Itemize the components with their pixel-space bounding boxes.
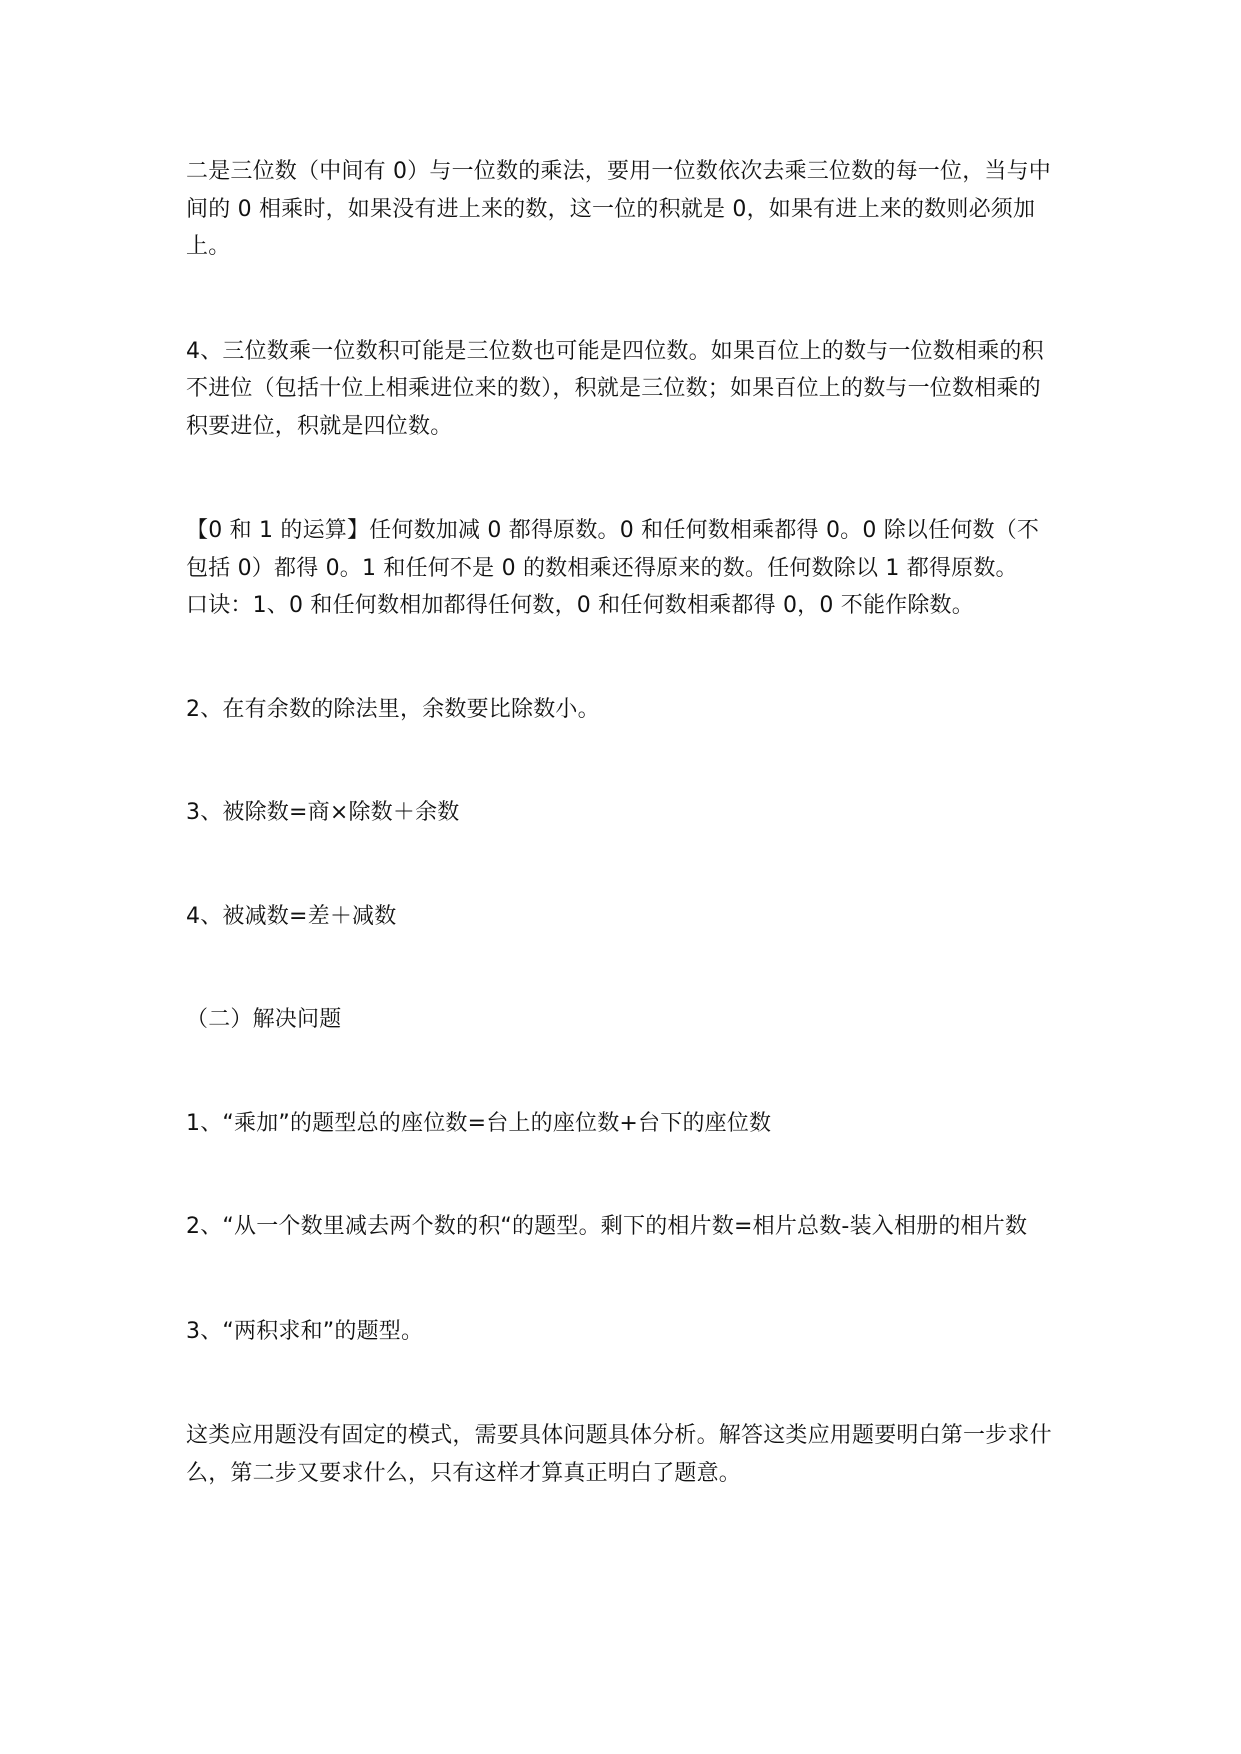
paragraph-three-digit-zero-middle: 二是三位数（中间有 0）与一位数的乘法，要用一位数依次去乘三位数的每一位，当与中…: [186, 153, 1056, 266]
paragraph-analysis-note: 这类应用题没有固定的模式，需要具体问题具体分析。解答这类应用题要明白第一步求什么…: [186, 1417, 1056, 1492]
paragraph-multiply-add: 1、“乘加”的题型总的座位数=台上的座位数+台下的座位数: [186, 1105, 1056, 1143]
paragraph-zero-one-operations: 【0 和 1 的运算】任何数加减 0 都得原数。0 和任何数相乘都得 0。0 除…: [186, 512, 1056, 587]
paragraph-mnemonic: 口诀：1、0 和任何数相加都得任何数，0 和任何数相乘都得 0，0 不能作除数。: [186, 587, 1056, 625]
paragraph-product-digits: 4、三位数乘一位数积可能是三位数也可能是四位数。如果百位上的数与一位数相乘的积不…: [186, 333, 1056, 446]
document-page: 二是三位数（中间有 0）与一位数的乘法，要用一位数依次去乘三位数的每一位，当与中…: [186, 153, 1056, 1492]
paragraph-sum-of-products: 3、“两积求和”的题型。: [186, 1313, 1056, 1351]
paragraph-subtract-product: 2、“从一个数里减去两个数的积“的题型。剩下的相片数=相片总数-装入相册的相片数: [186, 1208, 1056, 1246]
paragraph-minuend-formula: 4、被减数=差＋减数: [186, 898, 1056, 936]
paragraph-dividend-formula: 3、被除数=商×除数＋余数: [186, 794, 1056, 832]
section-heading-problem-solving: （二）解决问题: [186, 1001, 1056, 1039]
paragraph-remainder-rule: 2、在有余数的除法里，余数要比除数小。: [186, 691, 1056, 729]
